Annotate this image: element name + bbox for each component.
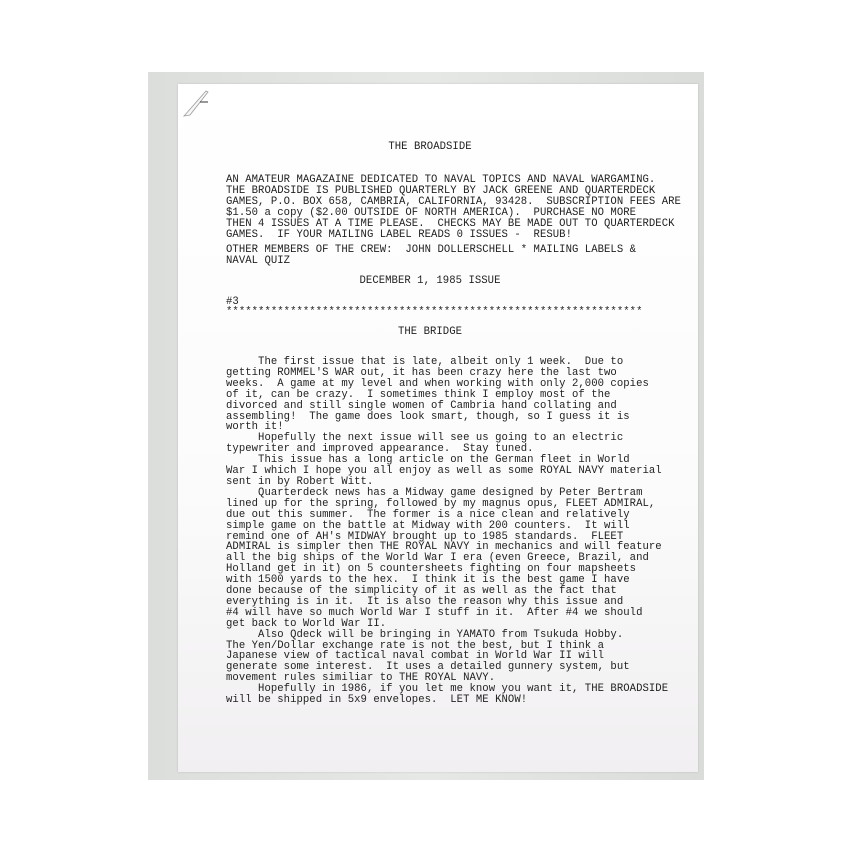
- newsletter-title: THE BROADSIDE: [226, 142, 634, 153]
- body-line: divorced and still single women of Cambr…: [226, 401, 668, 412]
- body-line: simple game on the battle at Midway with…: [226, 521, 668, 532]
- intro-line: $1.50 a copy ($2.00 OUTSIDE OF NORTH AME…: [226, 208, 681, 219]
- crew-line: NAVAL QUIZ: [226, 256, 636, 267]
- separator-line: ****************************************…: [226, 307, 642, 318]
- article-body: The first issue that is late, albeit onl…: [226, 357, 668, 706]
- torn-corner-icon: [182, 88, 212, 118]
- intro-paragraph: AN AMATEUR MAGAZAINE DEDICATED TO NAVAL …: [226, 175, 681, 240]
- section-title: THE BRIDGE: [226, 327, 634, 338]
- intro-line: GAMES. IF YOUR MAILING LABEL READS 0 ISS…: [226, 230, 681, 241]
- body-line: assembling! The game does look smart, th…: [226, 412, 668, 423]
- body-line: of it, can be crazy. I sometimes think I…: [226, 390, 668, 401]
- intro-line: THEN 4 ISSUES AT A TIME PLEASE. CHECKS M…: [226, 219, 681, 230]
- body-line: Also Qdeck will be bringing in YAMATO fr…: [226, 630, 668, 641]
- body-line: due out this summer. The former is a nic…: [226, 510, 668, 521]
- body-line: will be shipped in 5x9 envelopes. LET ME…: [226, 695, 668, 706]
- issue-date: DECEMBER 1, 1985 ISSUE: [226, 276, 634, 287]
- crew-paragraph: OTHER MEMBERS OF THE CREW: JOHN DOLLERSC…: [226, 245, 636, 267]
